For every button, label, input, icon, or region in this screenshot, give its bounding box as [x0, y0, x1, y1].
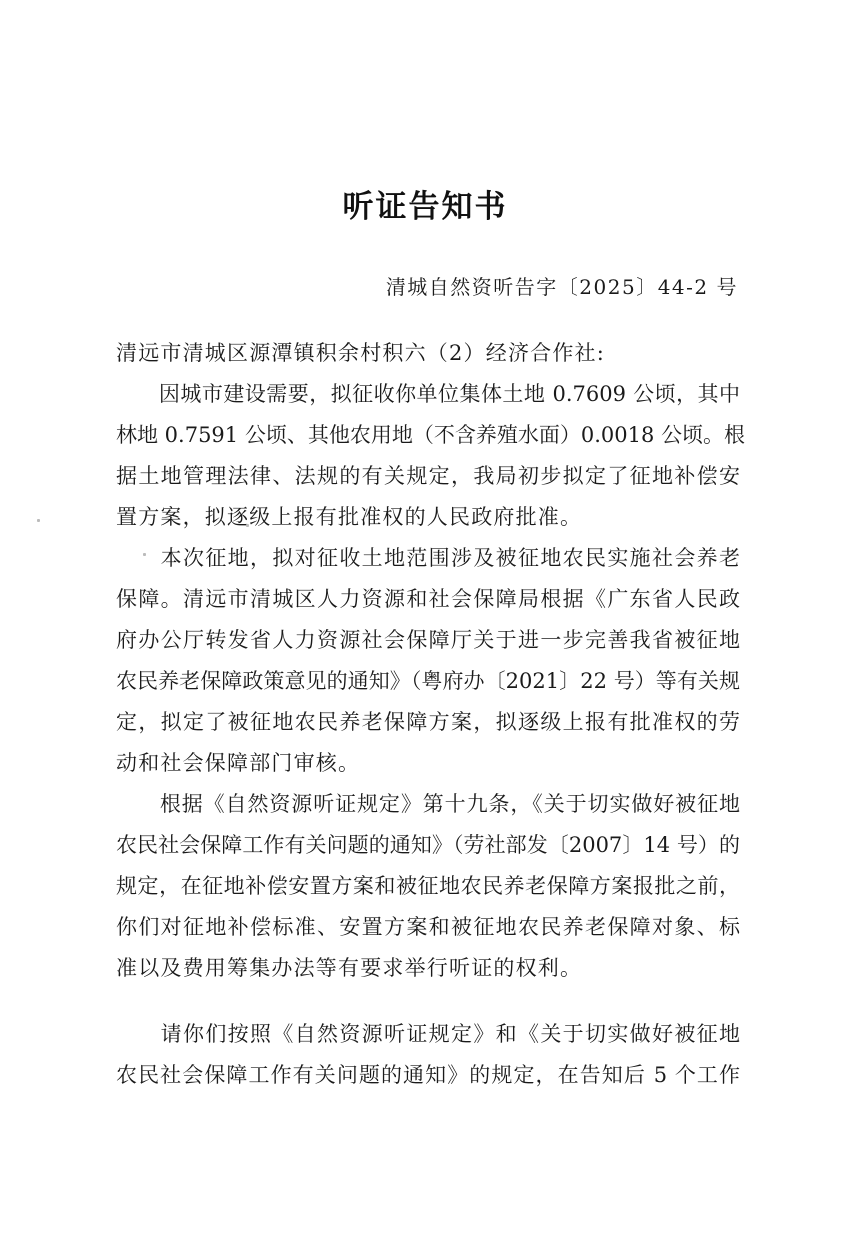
body-line: 因城市建设需要，拟征收你单位集体土地 0.7609 公顷，其中: [116, 379, 740, 409]
body-line: 定，拟定了被征地农民养老保障方案，拟逐级上报有批准权的劳: [116, 707, 740, 737]
body-line: 本次征地，拟对征收土地范围涉及被征地农民实施社会养老: [116, 543, 740, 573]
body-line: 根据《自然资源听证规定》第十九条，《关于切实做好被征地: [116, 789, 740, 819]
addressee: 清远市清城区源潭镇积余村积六（2）经济合作社:: [116, 338, 740, 368]
body-line: 请你们按照《自然资源听证规定》和《关于切实做好被征地: [116, 1019, 740, 1049]
document-number: 清城自然资听告字〔2025〕44-2 号: [386, 271, 738, 300]
body-line: 置方案，拟逐级上报有批准权的人民政府批准。: [116, 502, 740, 532]
body-line: 你们对征地补偿标准、安置方案和被征地农民养老保障对象、标: [116, 912, 740, 942]
body-line: 府办公厅转发省人力资源社会保障厅关于进一步完善我省被征地: [116, 625, 740, 655]
body-line: 保障。清远市清城区人力资源和社会保障局根据《广东省人民政: [116, 584, 740, 614]
body-line: 农民社会保障工作有关问题的通知》（劳社部发〔2007〕14 号）的: [116, 830, 740, 860]
body-line: 动和社会保障部门审核。: [116, 748, 740, 778]
body-line: 准以及费用筹集办法等有要求举行听证的权利。: [116, 953, 740, 983]
body-line: 林地 0.7591 公顷、其他农用地（不含养殖水面）0.0018 公顷。根: [116, 420, 740, 450]
scan-speck: [143, 553, 146, 556]
scan-speck: [246, 524, 249, 527]
document-title: 听证告知书: [0, 181, 850, 226]
scan-speck: [37, 519, 40, 522]
body-line: 农民社会保障工作有关问题的通知》的规定，在告知后 5 个工作: [116, 1060, 740, 1090]
body-line: 农民养老保障政策意见的通知》（粤府办〔2021〕22 号）等有关规: [116, 666, 740, 696]
body-line: 规定，在征地补偿安置方案和被征地农民养老保障方案报批之前，: [116, 871, 740, 901]
body-line: 据土地管理法律、法规的有关规定，我局初步拟定了征地补偿安: [116, 461, 740, 491]
